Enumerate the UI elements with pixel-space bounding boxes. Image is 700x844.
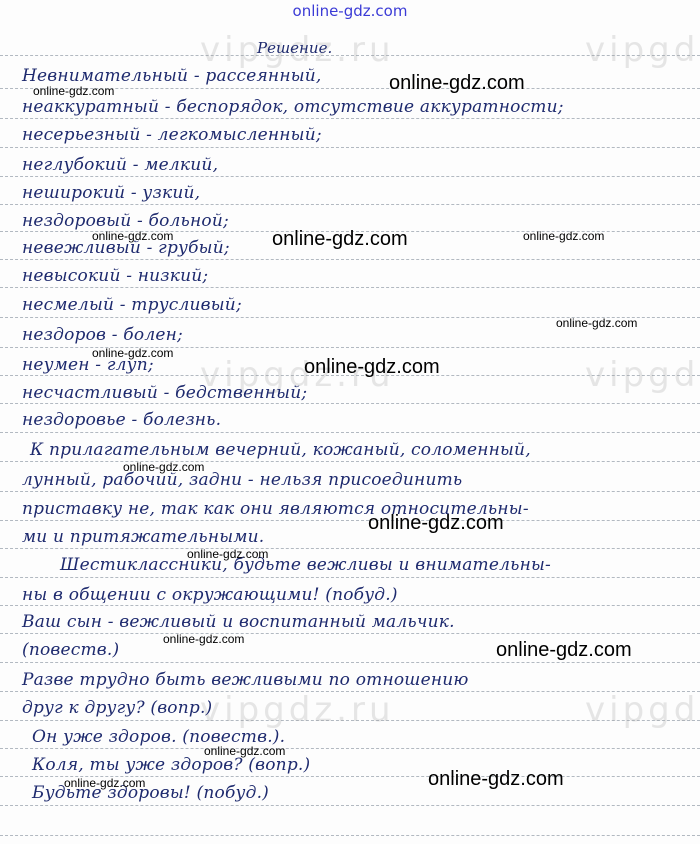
handwritten-line: невысокий - низкий;: [22, 266, 208, 286]
handwritten-line: друг к другу? (вопр.): [22, 698, 212, 718]
rule-line: [0, 118, 700, 119]
rule-line: [0, 662, 700, 663]
handwritten-line: неширокий - узкий,: [22, 183, 200, 203]
rule-line: [0, 147, 700, 148]
ghost-watermark: vipgdz.ru: [200, 690, 395, 730]
watermark: online-gdz.com: [389, 72, 525, 95]
watermark: online-gdz.com: [204, 744, 285, 758]
page-title: Решение.: [257, 39, 332, 57]
handwritten-line: К прилагательным вечерний, кожаный, соло…: [30, 440, 531, 460]
handwritten-line: неаккуратный - беспорядок, отсутствие ак…: [22, 97, 564, 117]
watermark: online-gdz.com: [187, 547, 268, 561]
rule-line: [0, 748, 700, 749]
ghost-watermark: vipgdz.ru: [585, 30, 700, 70]
rule-line: [0, 605, 700, 606]
handwritten-line: нездоровый - больной;: [22, 211, 229, 231]
handwritten-line: несерьезный - легкомысленный;: [22, 125, 322, 145]
handwritten-line: (повеств.): [22, 640, 119, 660]
rule-line: [0, 577, 700, 578]
notebook-page: vipgdz.ru vipgdz.ru vipgdz.ru vipgdz.ru …: [0, 0, 700, 844]
handwritten-line: несмелый - трусливый;: [22, 295, 242, 315]
rule-line: [0, 805, 700, 806]
watermark: online-gdz.com: [428, 768, 564, 791]
ghost-watermark: vipgdz.ru: [585, 690, 700, 730]
rule-line: [0, 548, 700, 549]
handwritten-line: ми и притяжательными.: [22, 527, 264, 547]
handwritten-line: нездоров - болен;: [22, 325, 183, 345]
rule-line: [0, 835, 700, 836]
watermark: online-gdz.com: [64, 776, 145, 790]
rule-line: [0, 403, 700, 404]
watermark: online-gdz.com: [523, 229, 604, 243]
rule-line: [0, 520, 700, 521]
rule-line: [0, 259, 700, 260]
watermark: online-gdz.com: [496, 639, 632, 662]
handwritten-line: Разве трудно быть вежливыми по отношению: [22, 670, 469, 690]
handwritten-line: Ваш сын - вежливый и воспитанный мальчик…: [22, 612, 455, 632]
watermark: online-gdz.com: [92, 229, 173, 243]
watermark: online-gdz.com: [33, 84, 114, 98]
handwritten-line: Шестиклассники, будьте вежливы и внимате…: [60, 555, 551, 575]
watermark: online-gdz.com: [304, 356, 440, 379]
rule-line: [0, 204, 700, 205]
watermark: online-gdz.com: [163, 632, 244, 646]
watermark: online-gdz.com: [556, 316, 637, 330]
handwritten-line: несчастливый - бедственный;: [22, 383, 307, 403]
handwritten-line: лунный, рабочий, задни - нельзя присоеди…: [22, 470, 462, 490]
watermark: online-gdz.com: [368, 512, 504, 535]
handwritten-line: Невнимательный - рассеянный,: [22, 66, 322, 86]
rule-line: [0, 176, 700, 177]
rule-line: [0, 287, 700, 288]
ghost-watermark: vipgdz.ru: [585, 355, 700, 395]
rule-line: [0, 633, 700, 634]
rule-line: [0, 461, 700, 462]
handwritten-line: Коля, ты уже здоров? (вопр.): [32, 755, 310, 775]
rule-line: [0, 432, 700, 433]
rule-line: [0, 491, 700, 492]
watermark: online-gdz.com: [123, 460, 204, 474]
watermark: online-gdz.com: [272, 228, 408, 251]
handwritten-line: ны в общении с окружающими! (побуд.): [22, 585, 398, 605]
watermark: online-gdz.com: [92, 346, 173, 360]
handwritten-line: нездоровье - болезнь.: [22, 410, 221, 430]
handwritten-line: неглубокий - мелкий,: [22, 155, 218, 175]
header-link[interactable]: online-gdz.com: [0, 2, 700, 20]
